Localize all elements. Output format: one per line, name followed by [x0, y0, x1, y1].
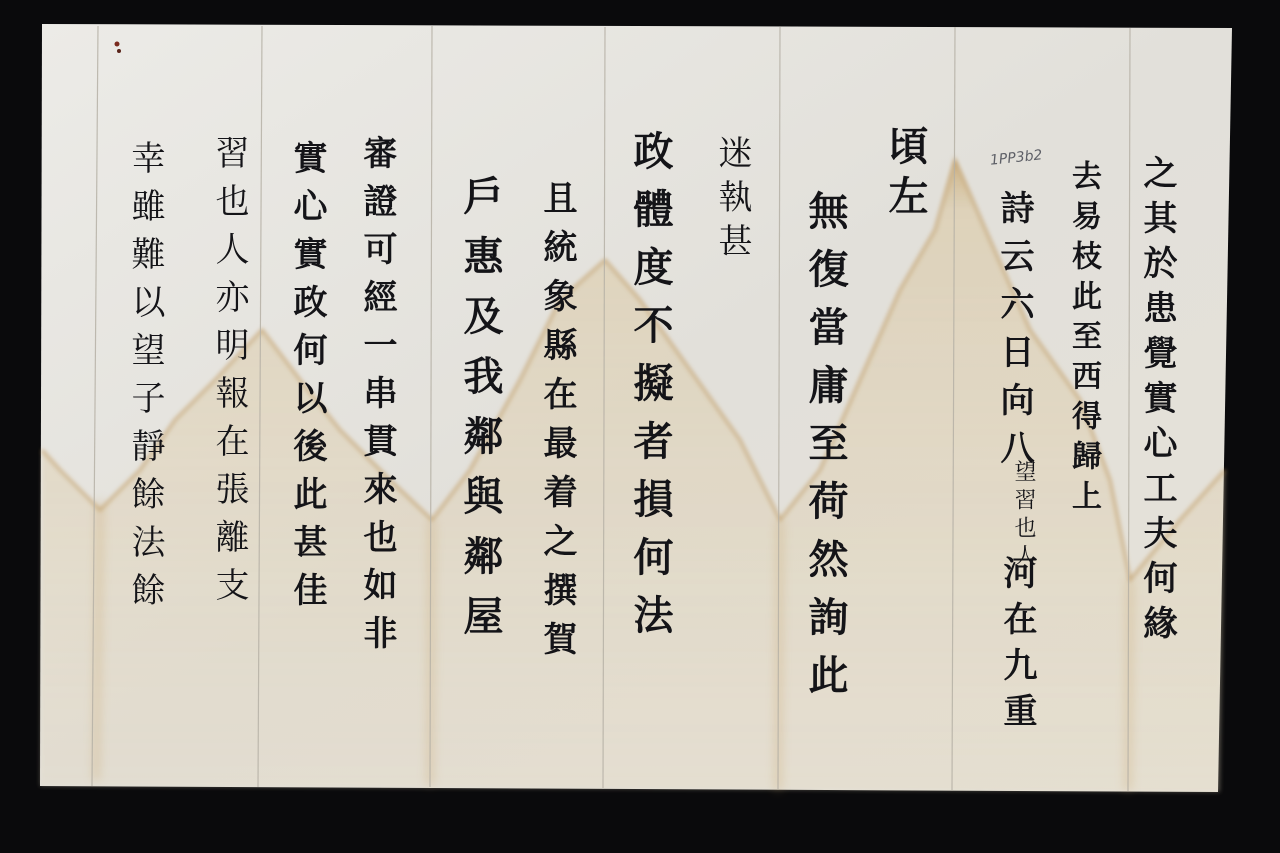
text-column-3: 詩云六日向八 [997, 190, 1031, 478]
text-column-11: 實心實政何以後此甚佳 [290, 140, 324, 620]
text-column-1: 之其於患覺實心工夫何緣 [1140, 155, 1174, 650]
text-column-3-end: 河在九重 [1000, 555, 1034, 739]
photo-stage: 1PP3b2 之其於患覺實心工夫何緣 去易枝此至西得歸上 詩云六日向八 望習也人… [0, 0, 1280, 853]
text-column-2: 去易枝此至西得歸上 [1068, 160, 1098, 520]
text-column-12: 習也人亦明報在張離支 [212, 135, 246, 615]
text-column-8: 且統象縣在最着之撰賀 [540, 180, 574, 670]
text-column-10: 審證可經一串貫來也如非 [360, 135, 394, 663]
text-column-4: 頃左 [885, 125, 925, 225]
document-paper: 1PP3b2 之其於患覺實心工夫何緣 去易枝此至西得歸上 詩云六日向八 望習也人… [0, 0, 1280, 853]
text-column-5: 無復當庸至荷然詢此 [805, 190, 845, 712]
text-column-13: 幸雖難以望子靜餘法餘 [128, 140, 162, 620]
text-column-6: 迷執甚 [715, 135, 749, 267]
text-column-7: 政體度不擬者損何法 [630, 130, 670, 652]
text-column-9: 戶惠及我鄰與鄰屋 [460, 175, 500, 655]
